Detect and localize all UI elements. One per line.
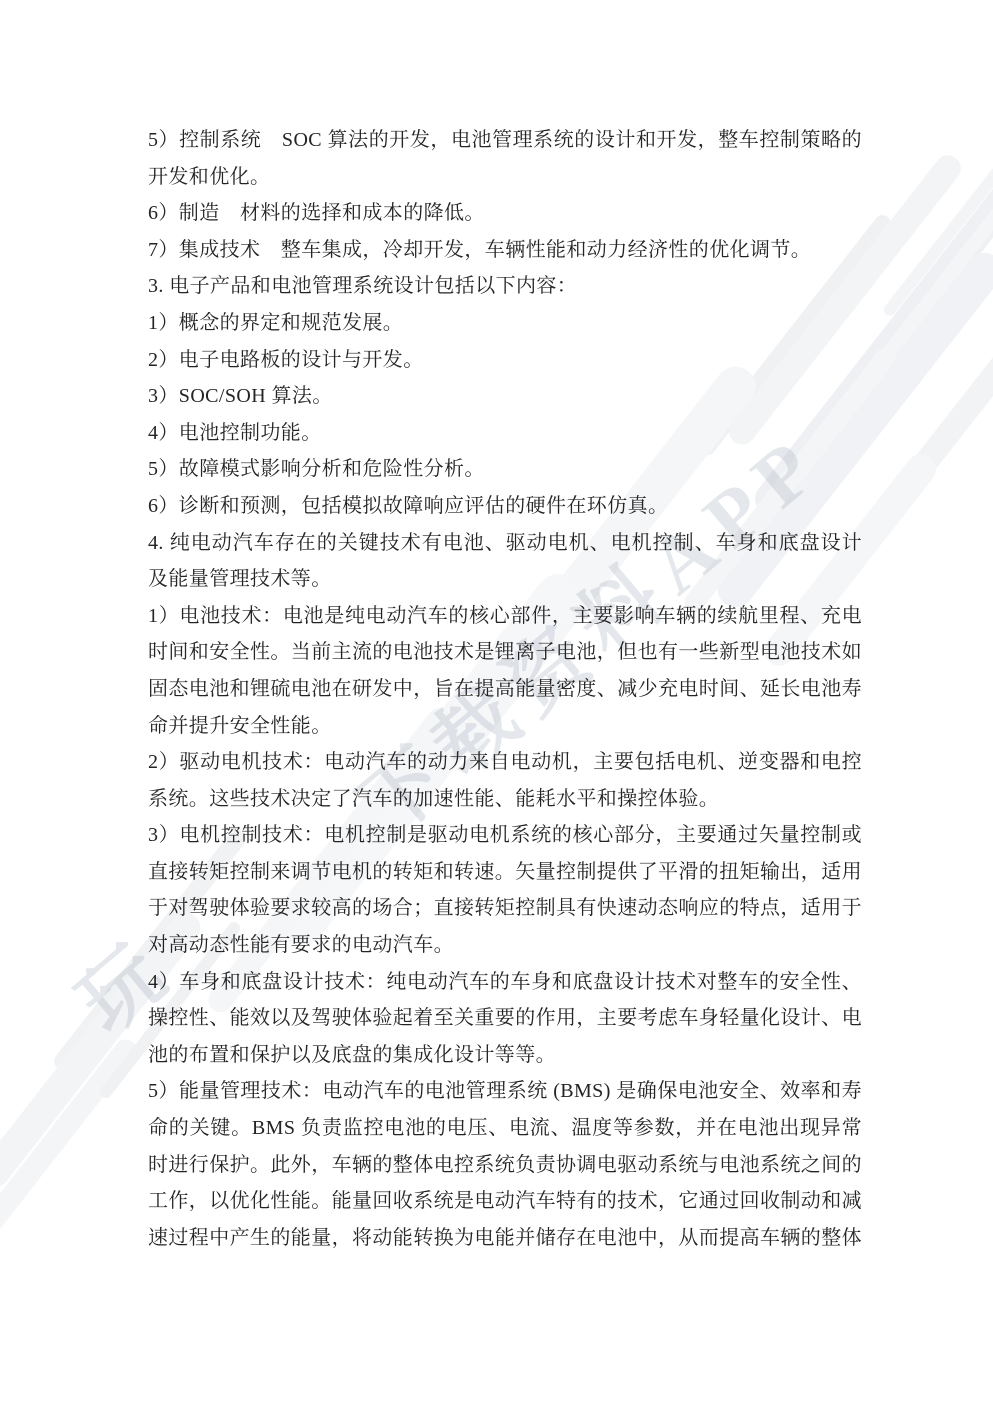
paragraph-energy-mgmt-tech: 5）能量管理技术：电动汽车的电池管理系统 (BMS) 是确保电池安全、效率和寿命… xyxy=(148,1073,862,1256)
paragraph-control-system: 5）控制系统 SOC 算法的开发，电池管理系统的设计和开发，整车控制策略的开发和… xyxy=(148,122,862,195)
paragraph-concept: 1）概念的界定和规范发展。 xyxy=(148,305,862,342)
paragraph-body-chassis-tech: 4）车身和底盘设计技术：纯电动汽车的车身和底盘设计技术对整车的安全性、操控性、能… xyxy=(148,964,862,1074)
paragraph-section-3-heading: 3. 电子产品和电池管理系统设计包括以下内容： xyxy=(148,268,862,305)
paragraph-integration: 7）集成技术 整车集成，冷却开发，车辆性能和动力经济性的优化调节。 xyxy=(148,232,862,269)
paragraph-battery-control: 4）电池控制功能。 xyxy=(148,415,862,452)
paragraph-manufacturing: 6）制造 材料的选择和成本的降低。 xyxy=(148,195,862,232)
page-text: 5）控制系统 SOC 算法的开发，电池管理系统的设计和开发，整车控制策略的开发和… xyxy=(148,122,862,1256)
document-page: 下载资料APP 玩 5）控制系统 SOC 算法的开发，电池管理系统的设计和开发，… xyxy=(0,0,993,1404)
paragraph-diagnosis: 6）诊断和预测，包括模拟故障响应评估的硬件在环仿真。 xyxy=(148,488,862,525)
paragraph-soc-soh: 3）SOC/SOH 算法。 xyxy=(148,378,862,415)
paragraph-circuit-board: 2）电子电路板的设计与开发。 xyxy=(148,342,862,379)
paragraph-section-4-heading: 4. 纯电动汽车存在的关键技术有电池、驱动电机、电机控制、车身和底盘设计及能量管… xyxy=(148,525,862,598)
paragraph-motor-control-tech: 3）电机控制技术：电机控制是驱动电机系统的核心部分，主要通过矢量控制或直接转矩控… xyxy=(148,817,862,963)
paragraph-battery-tech: 1）电池技术：电池是纯电动汽车的核心部件，主要影响车辆的续航里程、充电时间和安全… xyxy=(148,598,862,744)
paragraph-failure-mode: 5）故障模式影响分析和危险性分析。 xyxy=(148,451,862,488)
paragraph-drive-motor-tech: 2）驱动电机技术：电动汽车的动力来自电动机，主要包括电机、逆变器和电控系统。这些… xyxy=(148,744,862,817)
